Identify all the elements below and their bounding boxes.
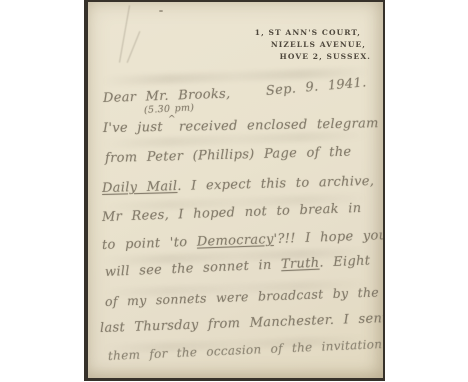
paper-crease <box>127 31 141 63</box>
printed-letterhead: 1, ST ANN'S COURT, NIZELLS AVENUE, HOVE … <box>255 27 371 63</box>
handwritten-line: last Thursday from Manchester. I sent <box>100 311 385 336</box>
letter-paper: 1, ST ANN'S COURT, NIZELLS AVENUE, HOVE … <box>84 0 385 381</box>
address-line: HOVE 2, SUSSEX. <box>255 51 371 63</box>
line-text: . I expect this to archive, <box>177 174 374 194</box>
handwritten-line: from Peter (Phillips) Page of the <box>105 145 352 166</box>
paper-crease <box>119 5 130 62</box>
address-line: NIZELLS AVENUE, <box>255 39 366 51</box>
line-text: '?!! I hope you <box>273 228 385 247</box>
letter-photo-page: 1, ST ANN'S COURT, NIZELLS AVENUE, HOVE … <box>0 0 468 382</box>
underlined-word: Daily Mail <box>102 179 178 196</box>
underlined-word: Democracy <box>197 232 274 250</box>
line-text: . Eight <box>319 253 371 270</box>
paper-mark <box>159 10 163 12</box>
handwritten-line: Daily Mail. I expect this to archive, <box>102 174 375 196</box>
address-line: 1, ST ANN'S COURT, <box>255 27 361 39</box>
interlinear-insertion: (5.30 pm) <box>144 102 195 116</box>
underlined-word: Truth <box>281 256 320 273</box>
line-text: to point 'to <box>102 235 197 253</box>
line-text: I've just <box>103 120 163 136</box>
